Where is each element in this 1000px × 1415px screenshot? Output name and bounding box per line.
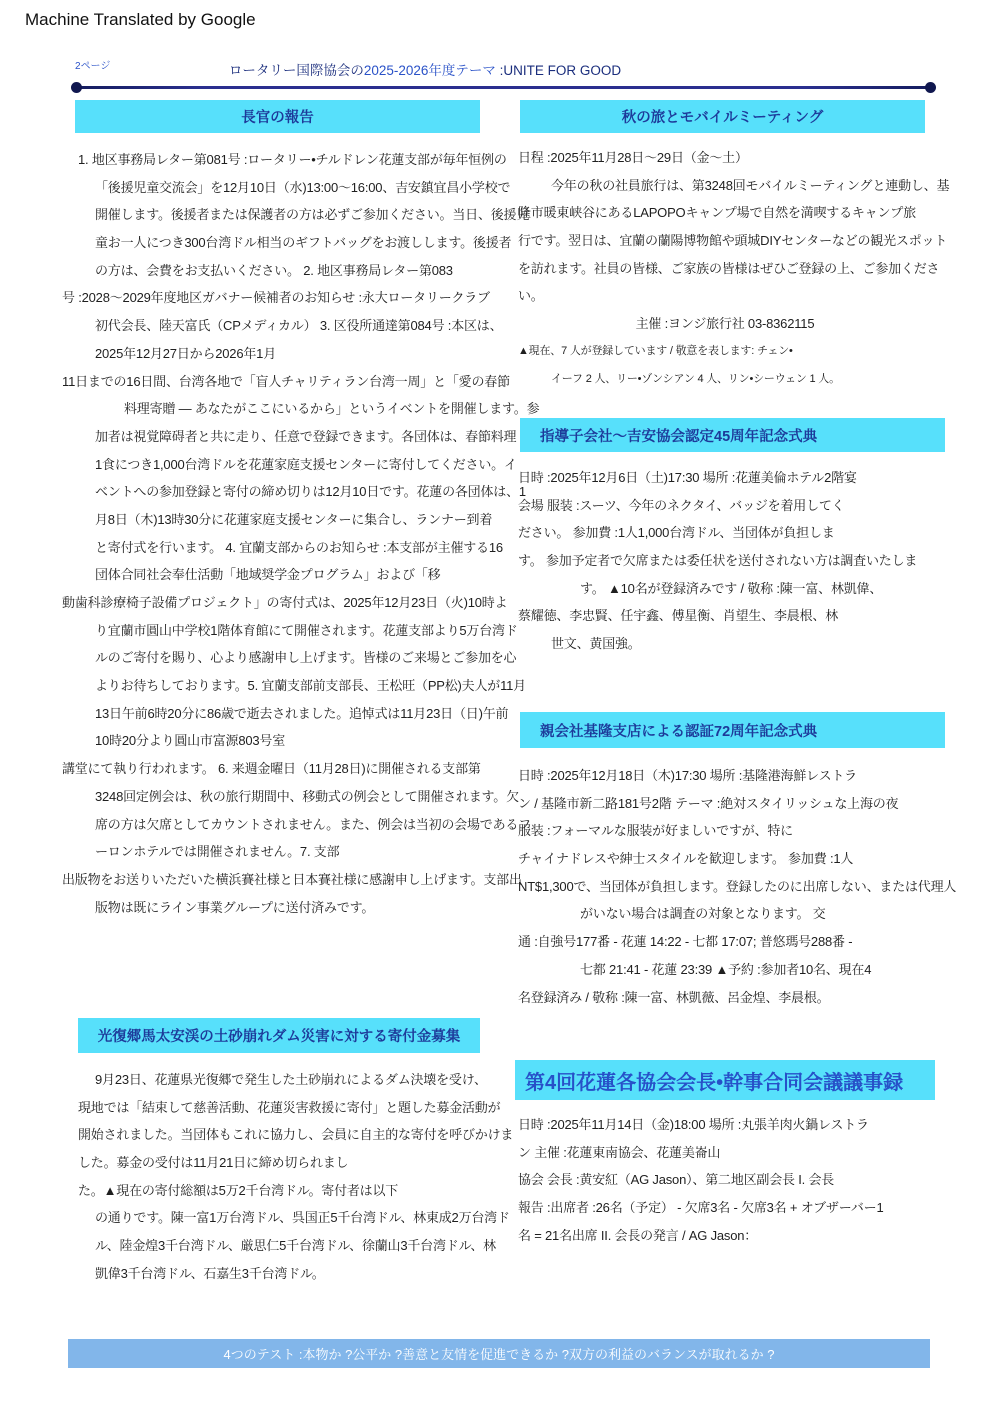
text-line: チャイナドレスや紳士スタイルを歓迎します。 参加費 :1人	[518, 845, 932, 873]
four-way-test-bar: 4つのテスト :本物か ?公平か ?善意と友情を促進できるか ?双方の利益のバラ…	[68, 1339, 930, 1368]
text-line: ださい。 参加費 :1人1,000台湾ドル、当団体が負担しま	[518, 519, 932, 547]
text-line: り宜蘭市圓山中学校1階体育館にて開催されます。花蓮支部より5万台湾ド	[62, 617, 510, 645]
text-line: 七都 21:41 - 花蓮 23:39 ▲予約 :参加者10名、現在4	[518, 956, 932, 984]
text-line: 通 :自強号177番 - 花蓮 14:22 - 七都 17:07; 普悠瑪号28…	[518, 928, 932, 956]
text-line: ーロンホテルでは開催されません。7. 支部	[62, 838, 510, 866]
section-title: 長官の報告	[75, 100, 480, 133]
text-line: よりお待ちしております。5. 宜蘭支部前支部長、王松旺（PP松)夫人が11月	[62, 672, 510, 700]
text-line: イーフ 2 人、リー•ゾンシアン 4 人、リン•シーウェン 1 人。	[518, 366, 932, 394]
text-line: 9月23日、花蓮県光復郷で発生した土砂崩れによるダム決壊を受け、	[62, 1066, 510, 1094]
text-line: 版物は既にライン事業グループに送付済みです。	[62, 894, 510, 922]
theme-prefix: ロータリー国際協会の	[229, 63, 364, 78]
newsletter-page: Machine Translated by Google 2ページ ロータリー国…	[0, 0, 1000, 1415]
text-line: 名 = 21名出席 II. 会長の発言 / AG Jason：	[518, 1222, 932, 1250]
text-line: 行です。翌日は、宜蘭の蘭陽博物館や頭城DIYセンターなどの観光スポット	[518, 227, 932, 255]
text-line: 初代会長、陸天富氏（CPメディカル） 3. 区役所通達第084号 :本区は、	[62, 312, 510, 340]
text-line: の方は、会費をお支払いください。 2. 地区事務局レター第083	[62, 257, 510, 285]
text-line: 10時20分より圓山市富源803号室	[62, 727, 510, 755]
text-line: ルのご寄付を賜り、心より感謝申し上げます。皆様のご来場とご参加を心	[62, 644, 510, 672]
divider-left-dot-icon	[71, 82, 82, 93]
section-title: 指導子会社〜吉安協会認定45周年記念式典	[520, 418, 945, 452]
section-body: 日時 :2025年12月18日（木)17:30 場所 :基隆港海鮮レストラン /…	[518, 762, 932, 1011]
text-line: 日時 :2025年12月6日（土)17:30 場所 :花蓮美倫ホテル2階宴	[518, 464, 932, 492]
text-line: 2025年12月27日から2026年1月	[62, 340, 510, 368]
text-line: ル、陸金煌3千台湾ドル、厳思仁5千台湾ドル、徐蘭山3千台湾ドル、林	[62, 1232, 510, 1260]
text-line: 動歯科診療椅子設備プロジェクト」の寄付式は、2025年12月23日（火)10時よ	[62, 589, 510, 617]
text-line: 報告 :出席者 :26名（予定） - 欠席3名 - 欠席3名 + オブザーバー1	[518, 1194, 932, 1222]
rotary-theme-line: ロータリー国際協会の2025-2026年度テーマ :UNITE FOR GOOD	[75, 59, 775, 79]
text-line: す。 参加予定者で欠席または委任状を送付されない方は調査いたしま	[518, 547, 932, 575]
text-line: 講堂にて執り行われます。 6. 来週金曜日（11月28日)に開催される支部第	[62, 755, 510, 783]
text-line: 協会 会長 :黄安紅（AG Jason）、第二地区副会長 I. 会長	[518, 1166, 932, 1194]
text-line: 会場 服装 :スーツ、今年のネクタイ、バッジを着用してく	[518, 492, 932, 520]
text-line: た。▲現在の寄付総額は5万2千台湾ドル。寄付者は以下	[62, 1177, 510, 1205]
text-line: い。	[518, 282, 932, 310]
text-line: と寄付式を行います。 4. 宜蘭支部からのお知らせ :本支部が主催する16	[62, 534, 510, 562]
theme-suffix: :UNITE FOR GOOD	[496, 63, 621, 78]
text-line: 出版物をお送りいただいた横浜賽社様と日本賽社様に感謝申し上げます。支部出	[62, 866, 510, 894]
text-line: 1. 地区事務局レター第081号 :ロータリー•チルドレン花蓮支部が毎年恒例の	[62, 146, 510, 174]
text-line: の通りです。陳一富1万台湾ドル、呉国正5千台湾ドル、林東成2万台湾ド	[62, 1204, 510, 1232]
text-line: 今年の秋の社員旅行は、第3248回モバイルミーティングと連動し、基	[518, 172, 932, 200]
section-title: 秋の旅とモバイルミーティング	[520, 100, 925, 133]
text-line: す。 ▲10名が登録済みです / 敬称 :陳一富、林凱偉、	[518, 575, 932, 603]
text-line: 世文、黄国強。	[518, 630, 932, 658]
divider-right-dot-icon	[925, 82, 936, 93]
text-line: 料理寄贈 ― あなたがここにいるから」というイベントを開催します。参	[62, 395, 510, 423]
text-line: 団体合同社会奉仕活動「地域奨学金プログラム」および「移	[62, 561, 510, 589]
text-line: 童お一人につき300台湾ドル相当のギフトバッグをお渡しします。後援者	[62, 229, 510, 257]
text-line: がいない場合は調査の対象となります。 交	[518, 900, 932, 928]
header-divider-line	[75, 86, 932, 89]
text-line: 名登録済み / 敬称 :陳一富、林凱薇、呂金煌、李晨根。	[518, 984, 932, 1012]
section-body: 1. 地区事務局レター第081号 :ロータリー•チルドレン花蓮支部が毎年恒例の「…	[62, 146, 510, 921]
theme-years: 2025-2026年度テーマ	[364, 63, 496, 78]
section-title: 親会社基隆支店による認証72周年記念式典	[520, 712, 945, 748]
section-body: 日程 :2025年11月28日〜29日（金〜土）今年の秋の社員旅行は、第3248…	[518, 144, 932, 393]
text-line: 日程 :2025年11月28日〜29日（金〜土）	[518, 144, 932, 172]
section-body: 9月23日、花蓮県光復郷で発生した土砂崩れによるダム決壊を受け、現地では「結束し…	[62, 1066, 510, 1288]
text-line: 凱偉3千台湾ドル、石嘉生3千台湾ドル。	[62, 1260, 510, 1288]
text-line: 13日午前6時20分に86歳で逝去されました。追悼式は11月23日（日)午前	[62, 700, 510, 728]
text-line: ▲現在、7 人が登録しています / 敬意を表します: チェン•	[518, 338, 932, 366]
text-line: 日時 :2025年11月14日（金)18:00 場所 :丸張羊肉火鍋レストラ	[518, 1111, 932, 1139]
text-line: 加者は視覚障碍者と共に走り、任意で登録できます。各団体は、春節料理	[62, 423, 510, 451]
text-line: ベントへの参加登録と寄付の締め切りは12月10日です。花蓮の各団体は、1	[62, 478, 510, 506]
text-line: した。募金の受付は11月21日に締め切られまし	[62, 1149, 510, 1177]
text-line: 開催します。後援者または保護者の方は必ずご参加ください。当日、後援児	[62, 201, 510, 229]
text-line: 席の方は欠席としてカウントされません。また、例会は当初の会場であるフ	[62, 811, 510, 839]
text-line: 開始されました。当団体もこれに協力し、会員に自主的な寄付を呼びかけま	[62, 1121, 510, 1149]
section-title: 光復郷馬太安渓の土砂崩れダム災害に対する寄付金募集	[78, 1018, 480, 1053]
text-line: NT$1,300で、当団体が負担します。登録したのに出席しない、または代理人	[518, 873, 932, 901]
section-body: 日時 :2025年12月6日（土)17:30 場所 :花蓮美倫ホテル2階宴会場 …	[518, 464, 932, 658]
text-line: 1食につき1,000台湾ドルを花蓮家庭支援センターに寄付してください。イ	[62, 451, 510, 479]
text-line: 現地では「結束して慈善活動、花蓮災害救援に寄付」と題した募金活動が	[62, 1094, 510, 1122]
text-line: 蔡耀徳、李忠賢、任宇鑫、傅星衡、肖望生、李晨根、林	[518, 602, 932, 630]
text-line: 号 :2028〜2029年度地区ガバナー候補者のお知らせ :永大ロータリークラブ	[62, 284, 510, 312]
text-line: 「後援児童交流会」を12月10日（水)13:00〜16:00、吉安鎮宜昌小学校で	[62, 174, 510, 202]
text-line: 日時 :2025年12月18日（木)17:30 場所 :基隆港海鮮レストラ	[518, 762, 932, 790]
text-line: ン / 基隆市新二路181号2階 テーマ :絶対スタイリッシュな上海の夜	[518, 790, 932, 818]
text-line: 3248回定例会は、秋の旅行期間中、移動式の例会として開催されます。欠	[62, 783, 510, 811]
text-line: 主催 :ヨンジ旅行社 03-8362115	[518, 310, 932, 338]
text-line: を訪れます。社員の皆様、ご家族の皆様はぜひご登録の上、ご参加くださ	[518, 255, 932, 283]
section-body: 日時 :2025年11月14日（金)18:00 場所 :丸張羊肉火鍋レストラン …	[518, 1111, 932, 1249]
machine-translated-note: Machine Translated by Google	[25, 10, 256, 30]
text-line: 11日までの16日間、台湾各地で「盲人チャリティラン台湾一周」と「愛の春節	[62, 368, 510, 396]
text-line: 隆市暖東峡谷にあるLAPOPOキャンプ場で自然を満喫するキャンプ旅	[518, 199, 932, 227]
text-line: 服装 :フォーマルな服装が好ましいですが、特に	[518, 817, 932, 845]
section-title: 第4回花蓮各協会会長•幹事合同会議議事録	[515, 1060, 935, 1100]
text-line: ン 主催 :花蓮東南協会、花蓮美崙山	[518, 1139, 932, 1167]
text-line: 月8日（木)13時30分に花蓮家庭支援センターに集合し、ランナー到着	[62, 506, 510, 534]
